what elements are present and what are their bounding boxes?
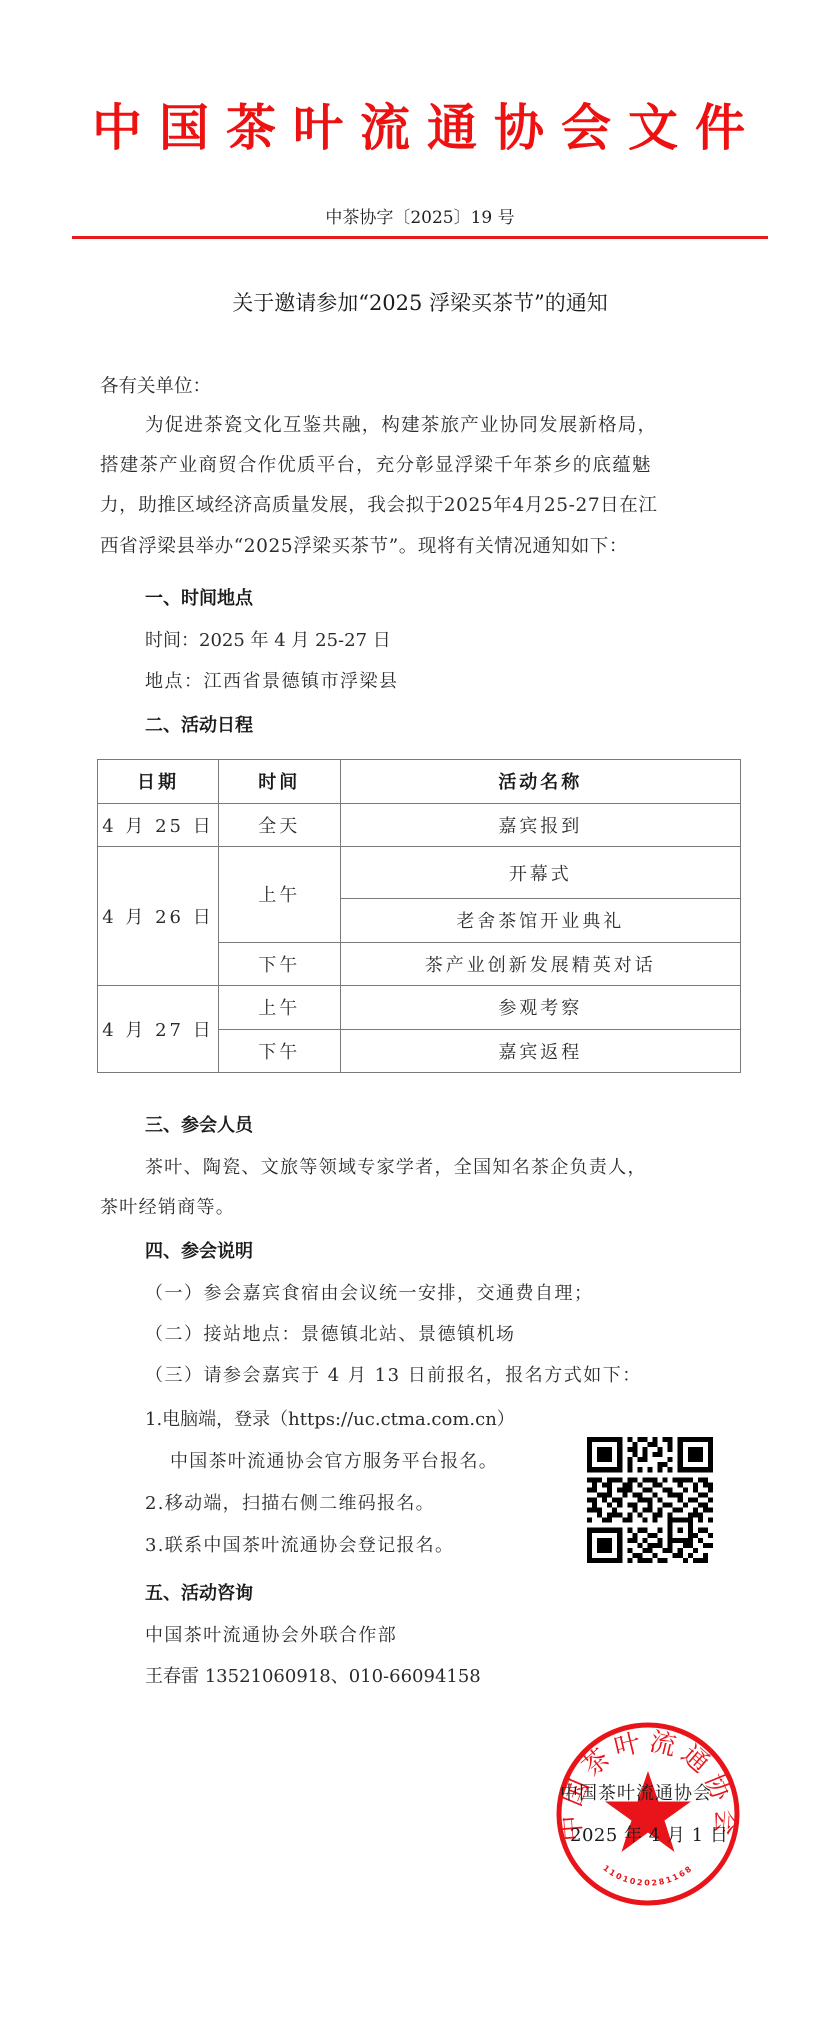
notice-title: 关于邀请参加“2025 浮梁买茶节”的通知 xyxy=(0,288,840,318)
note-item-3: （三）请参会嘉宾于 4 月 13 日前报名，报名方式如下： xyxy=(145,1362,642,1390)
column-header-time: 时间 xyxy=(218,760,340,804)
intro-line-1: 为促进茶瓷文化互鉴共融，构建茶旅产业协同发展新格局， xyxy=(145,412,657,440)
schedule-table: 日期 时间 活动名称 4 月 25 日 全天 嘉宾报到 4 月 26 日 上午 … xyxy=(97,759,741,1073)
document-number: 中茶协字〔2025〕19 号 xyxy=(0,206,840,230)
cell-time: 下午 xyxy=(218,942,340,986)
cell-time: 上午 xyxy=(218,986,340,1030)
section-heading-participants: 三、参会人员 xyxy=(145,1112,253,1140)
registration-mobile: 2.移动端，扫描右侧二维码报名。 xyxy=(145,1490,435,1518)
cell-activity: 茶产业创新发展精英对话 xyxy=(340,942,740,986)
seal-serial-number: 1101020281168 xyxy=(601,1863,694,1887)
cell-activity: 嘉宾返程 xyxy=(340,1029,740,1073)
table-row: 4 月 26 日 上午 开幕式 xyxy=(98,847,741,899)
column-header-activity: 活动名称 xyxy=(340,760,740,804)
cell-date: 4 月 25 日 xyxy=(98,803,219,847)
section-heading-schedule: 二、活动日程 xyxy=(145,712,253,740)
note-item-2: （二）接站地点：景德镇北站、景德镇机场 xyxy=(145,1321,516,1349)
qr-code-icon[interactable] xyxy=(587,1437,713,1563)
cell-activity: 开幕式 xyxy=(340,847,740,899)
masthead-title: 中国茶叶流通协会文件 xyxy=(0,98,840,158)
registration-contact: 3.联系中国茶叶流通协会登记报名。 xyxy=(145,1532,454,1560)
section-heading-consult: 五、活动咨询 xyxy=(145,1580,253,1608)
table-row: 4 月 25 日 全天 嘉宾报到 xyxy=(98,803,741,847)
column-header-date: 日期 xyxy=(98,760,219,804)
intro-line-2: 搭建茶产业商贸合作优质平台，充分彰显浮梁千年茶乡的底蕴魅 xyxy=(100,452,652,480)
cell-activity: 老舍茶馆开业典礼 xyxy=(340,899,740,943)
official-seal: 中国茶叶流通协会 1101020281168 xyxy=(553,1719,743,1909)
intro-line-4: 西省浮梁县举办“2025浮梁买茶节”。现将有关情况通知如下： xyxy=(100,533,628,561)
table-row: 4 月 27 日 上午 参观考察 xyxy=(98,986,741,1030)
consult-department: 中国茶叶流通协会外联合作部 xyxy=(145,1622,397,1650)
registration-pc: 1.电脑端，登录（https://uc.ctma.com.cn） xyxy=(145,1406,515,1434)
cell-time: 全天 xyxy=(218,803,340,847)
intro-line-3: 力，助推区域经济高质量发展，我会拟于2025年4月25-27日在江 xyxy=(100,492,658,520)
cell-activity: 嘉宾报到 xyxy=(340,803,740,847)
cell-date: 4 月 26 日 xyxy=(98,847,219,986)
participants-line-1: 茶叶、陶瓷、文旅等领域专家学者，全国知名茶企负责人， xyxy=(145,1154,647,1182)
registration-platform: 中国茶叶流通协会官方服务平台报名。 xyxy=(170,1448,498,1476)
salutation: 各有关单位： xyxy=(100,373,211,401)
cell-activity: 参观考察 xyxy=(340,986,740,1030)
consult-contact: 王春雷 13521060918、010-66094158 xyxy=(145,1663,481,1691)
event-time: 时间：2025 年 4 月 25-27 日 xyxy=(145,627,391,655)
registration-pc-text: 1.电脑端，登录（https://uc.ctma.com.cn） xyxy=(145,1409,515,1430)
participants-line-2: 茶叶经销商等。 xyxy=(100,1194,235,1222)
table-header-row: 日期 时间 活动名称 xyxy=(98,760,741,804)
section-heading-time-place: 一、时间地点 xyxy=(145,585,253,613)
note-item-1: （一）参会嘉宾食宿由会议统一安排，交通费自理； xyxy=(145,1280,594,1308)
signature-organization: 中国茶叶流通协会 xyxy=(560,1780,712,1808)
red-divider xyxy=(72,236,768,239)
svg-text:1101020281168: 1101020281168 xyxy=(601,1863,694,1887)
cell-date: 4 月 27 日 xyxy=(98,986,219,1073)
cell-time: 上午 xyxy=(218,847,340,943)
event-place: 地点：江西省景德镇市浮梁县 xyxy=(145,668,399,696)
section-heading-notes: 四、参会说明 xyxy=(145,1238,253,1266)
cell-time: 下午 xyxy=(218,1029,340,1073)
signature-date: 2025 年 4 月 1 日 xyxy=(570,1822,728,1850)
